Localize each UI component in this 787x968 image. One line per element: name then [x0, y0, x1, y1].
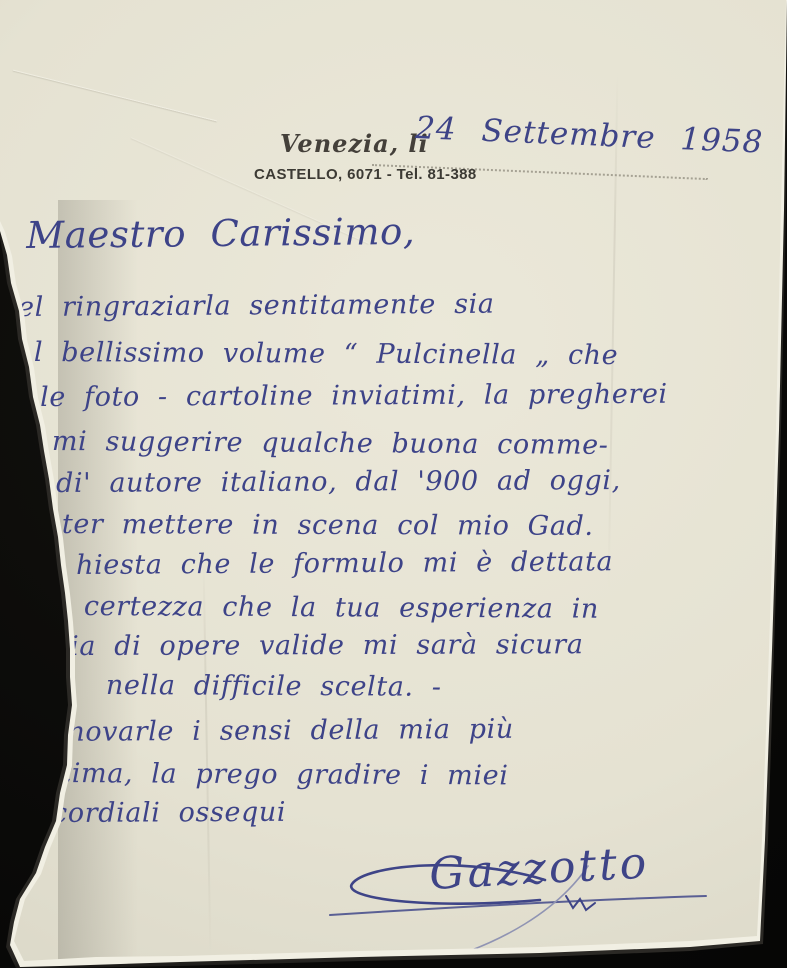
letter-paper: Venezia, li CASTELLO, 6071 - Tel. 81-388… [0, 0, 787, 968]
scanned-letter: Venezia, li CASTELLO, 6071 - Tel. 81-388… [0, 0, 787, 968]
signature-flourish [0, 0, 787, 968]
